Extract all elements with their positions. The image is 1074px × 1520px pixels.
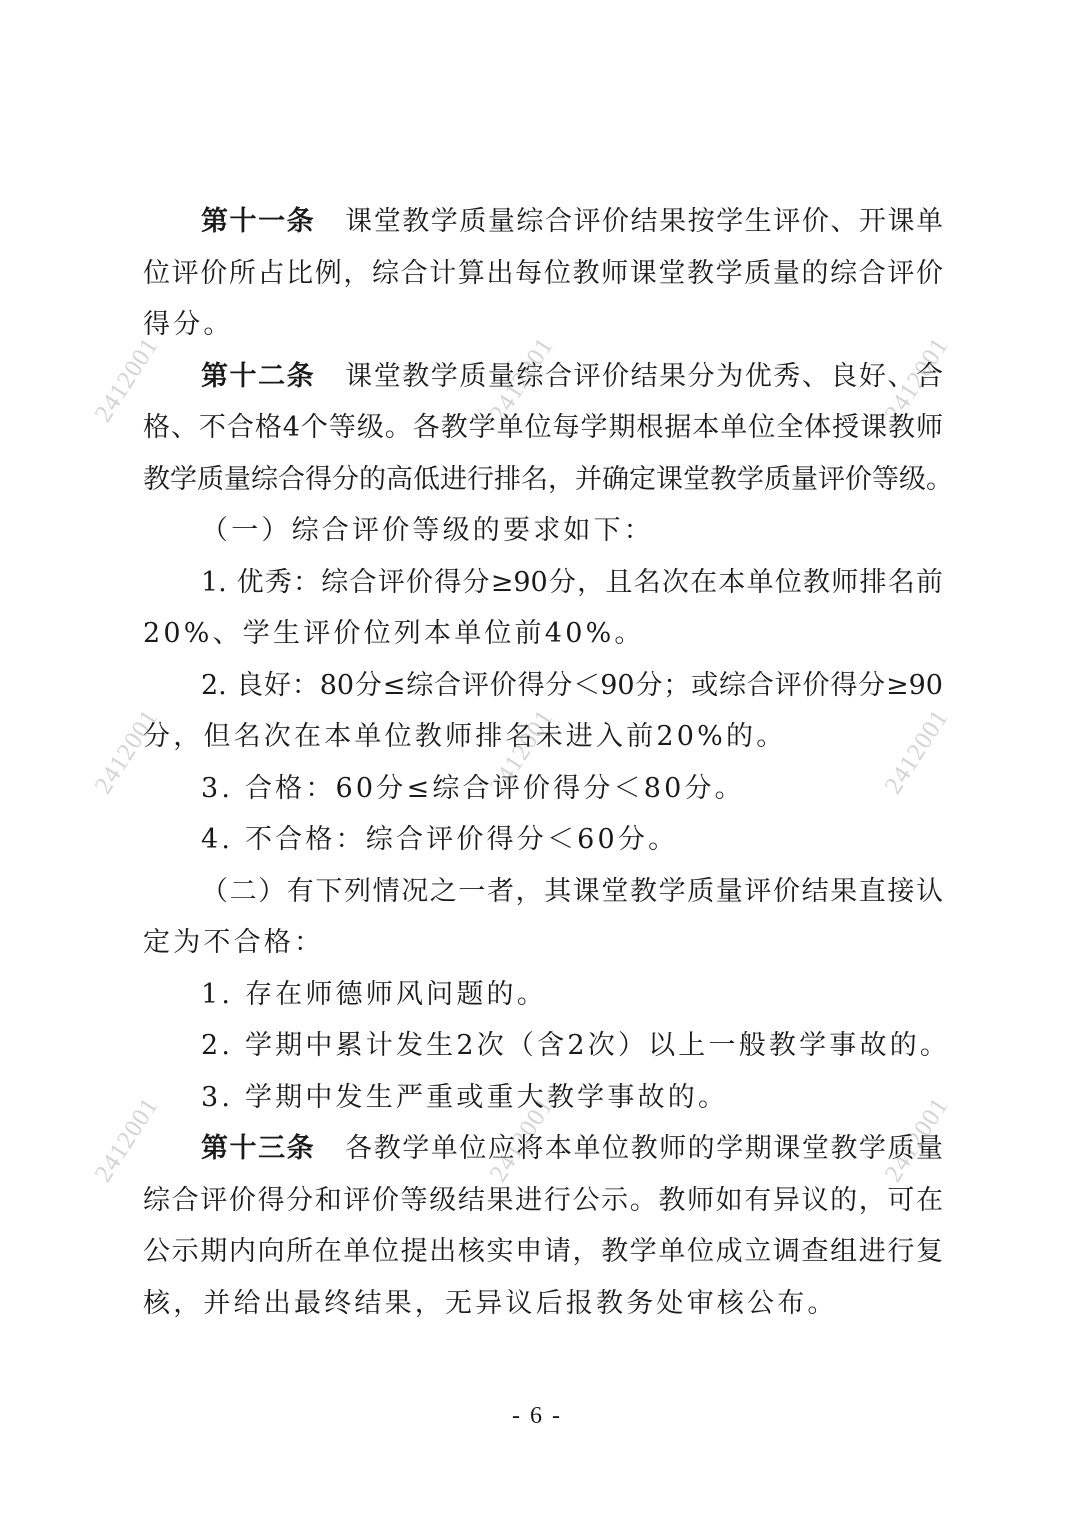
article-13: 第十三条各教学单位应将本单位教师的学期课堂教学质量 综合评价得分和评价等级结果进… [143, 1123, 943, 1329]
list-item: 3. 学期中发生严重或重大教学事故的。 [143, 1072, 943, 1124]
article-heading: 第十一条 [201, 206, 315, 237]
list-item: 1. 优秀：综合评价得分≥90分，且名次在本单位教师排名前 [143, 557, 943, 609]
paragraph-line: 第十三条各教学单位应将本单位教师的学期课堂教学质量 [143, 1123, 943, 1175]
section-title: （一）综合评价等级的要求如下： [143, 505, 943, 557]
list-item: 2. 良好：80分≤综合评价得分＜90分；或综合评价得分≥90 [143, 660, 943, 712]
list-item: 2. 学期中累计发生2次（含2次）以上一般教学事故的。 [143, 1020, 943, 1072]
list-item: 1. 存在师德师风问题的。 [143, 969, 943, 1021]
list-item: 3. 合格：60分≤综合评价得分＜80分。 [143, 763, 943, 815]
paragraph-line: 教学质量综合得分的高低进行排名，并确定课堂教学质量评价等级。 [143, 454, 943, 506]
paragraph-line: 综合评价得分和评价等级结果进行公示。教师如有异议的，可在 [143, 1175, 943, 1227]
page-number: - 6 - [0, 1403, 1074, 1430]
paragraph-line: 格、不合格4个等级。各教学单位每学期根据本单位全体授课教师 [143, 402, 943, 454]
section-title-continuation: 定为不合格： [143, 917, 943, 969]
paragraph-line: 位评价所占比例，综合计算出每位教师课堂教学质量的综合评价 [143, 248, 943, 300]
list-item-continuation: 20%、学生评价位列本单位前40%。 [143, 608, 943, 660]
article-heading: 第十二条 [201, 361, 315, 392]
paragraph-text: 各教学单位应将本单位教师的学期课堂教学质量 [345, 1133, 943, 1164]
article-12: 第十二条课堂教学质量综合评价结果分为优秀、良好、合 格、不合格4个等级。各教学单… [143, 351, 943, 1124]
list-item: 4. 不合格：综合评价得分＜60分。 [143, 814, 943, 866]
paragraph-text: 课堂教学质量综合评价结果分为优秀、良好、合 [345, 361, 943, 392]
paragraph-line: 得分。 [143, 299, 943, 351]
list-item-continuation: 分，但名次在本单位教师排名未进入前20%的。 [143, 711, 943, 763]
paragraph-line: 核，并给出最终结果，无异议后报教务处审核公布。 [143, 1278, 943, 1330]
paragraph-text: 课堂教学质量综合评价结果按学生评价、开课单 [345, 206, 943, 237]
section-title: （二）有下列情况之一者，其课堂教学质量评价结果直接认 [143, 866, 943, 918]
article-heading: 第十三条 [201, 1133, 315, 1164]
document-page: 2412001 2412001 2412001 2412001 2412001 … [0, 0, 1074, 1520]
paragraph-line: 第十一条课堂教学质量综合评价结果按学生评价、开课单 [143, 196, 943, 248]
document-body: 第十一条课堂教学质量综合评价结果按学生评价、开课单 位评价所占比例，综合计算出每… [143, 196, 943, 1329]
paragraph-line: 公示期内向所在单位提出核实申请，教学单位成立调查组进行复 [143, 1226, 943, 1278]
paragraph-line: 第十二条课堂教学质量综合评价结果分为优秀、良好、合 [143, 351, 943, 403]
article-11: 第十一条课堂教学质量综合评价结果按学生评价、开课单 位评价所占比例，综合计算出每… [143, 196, 943, 351]
